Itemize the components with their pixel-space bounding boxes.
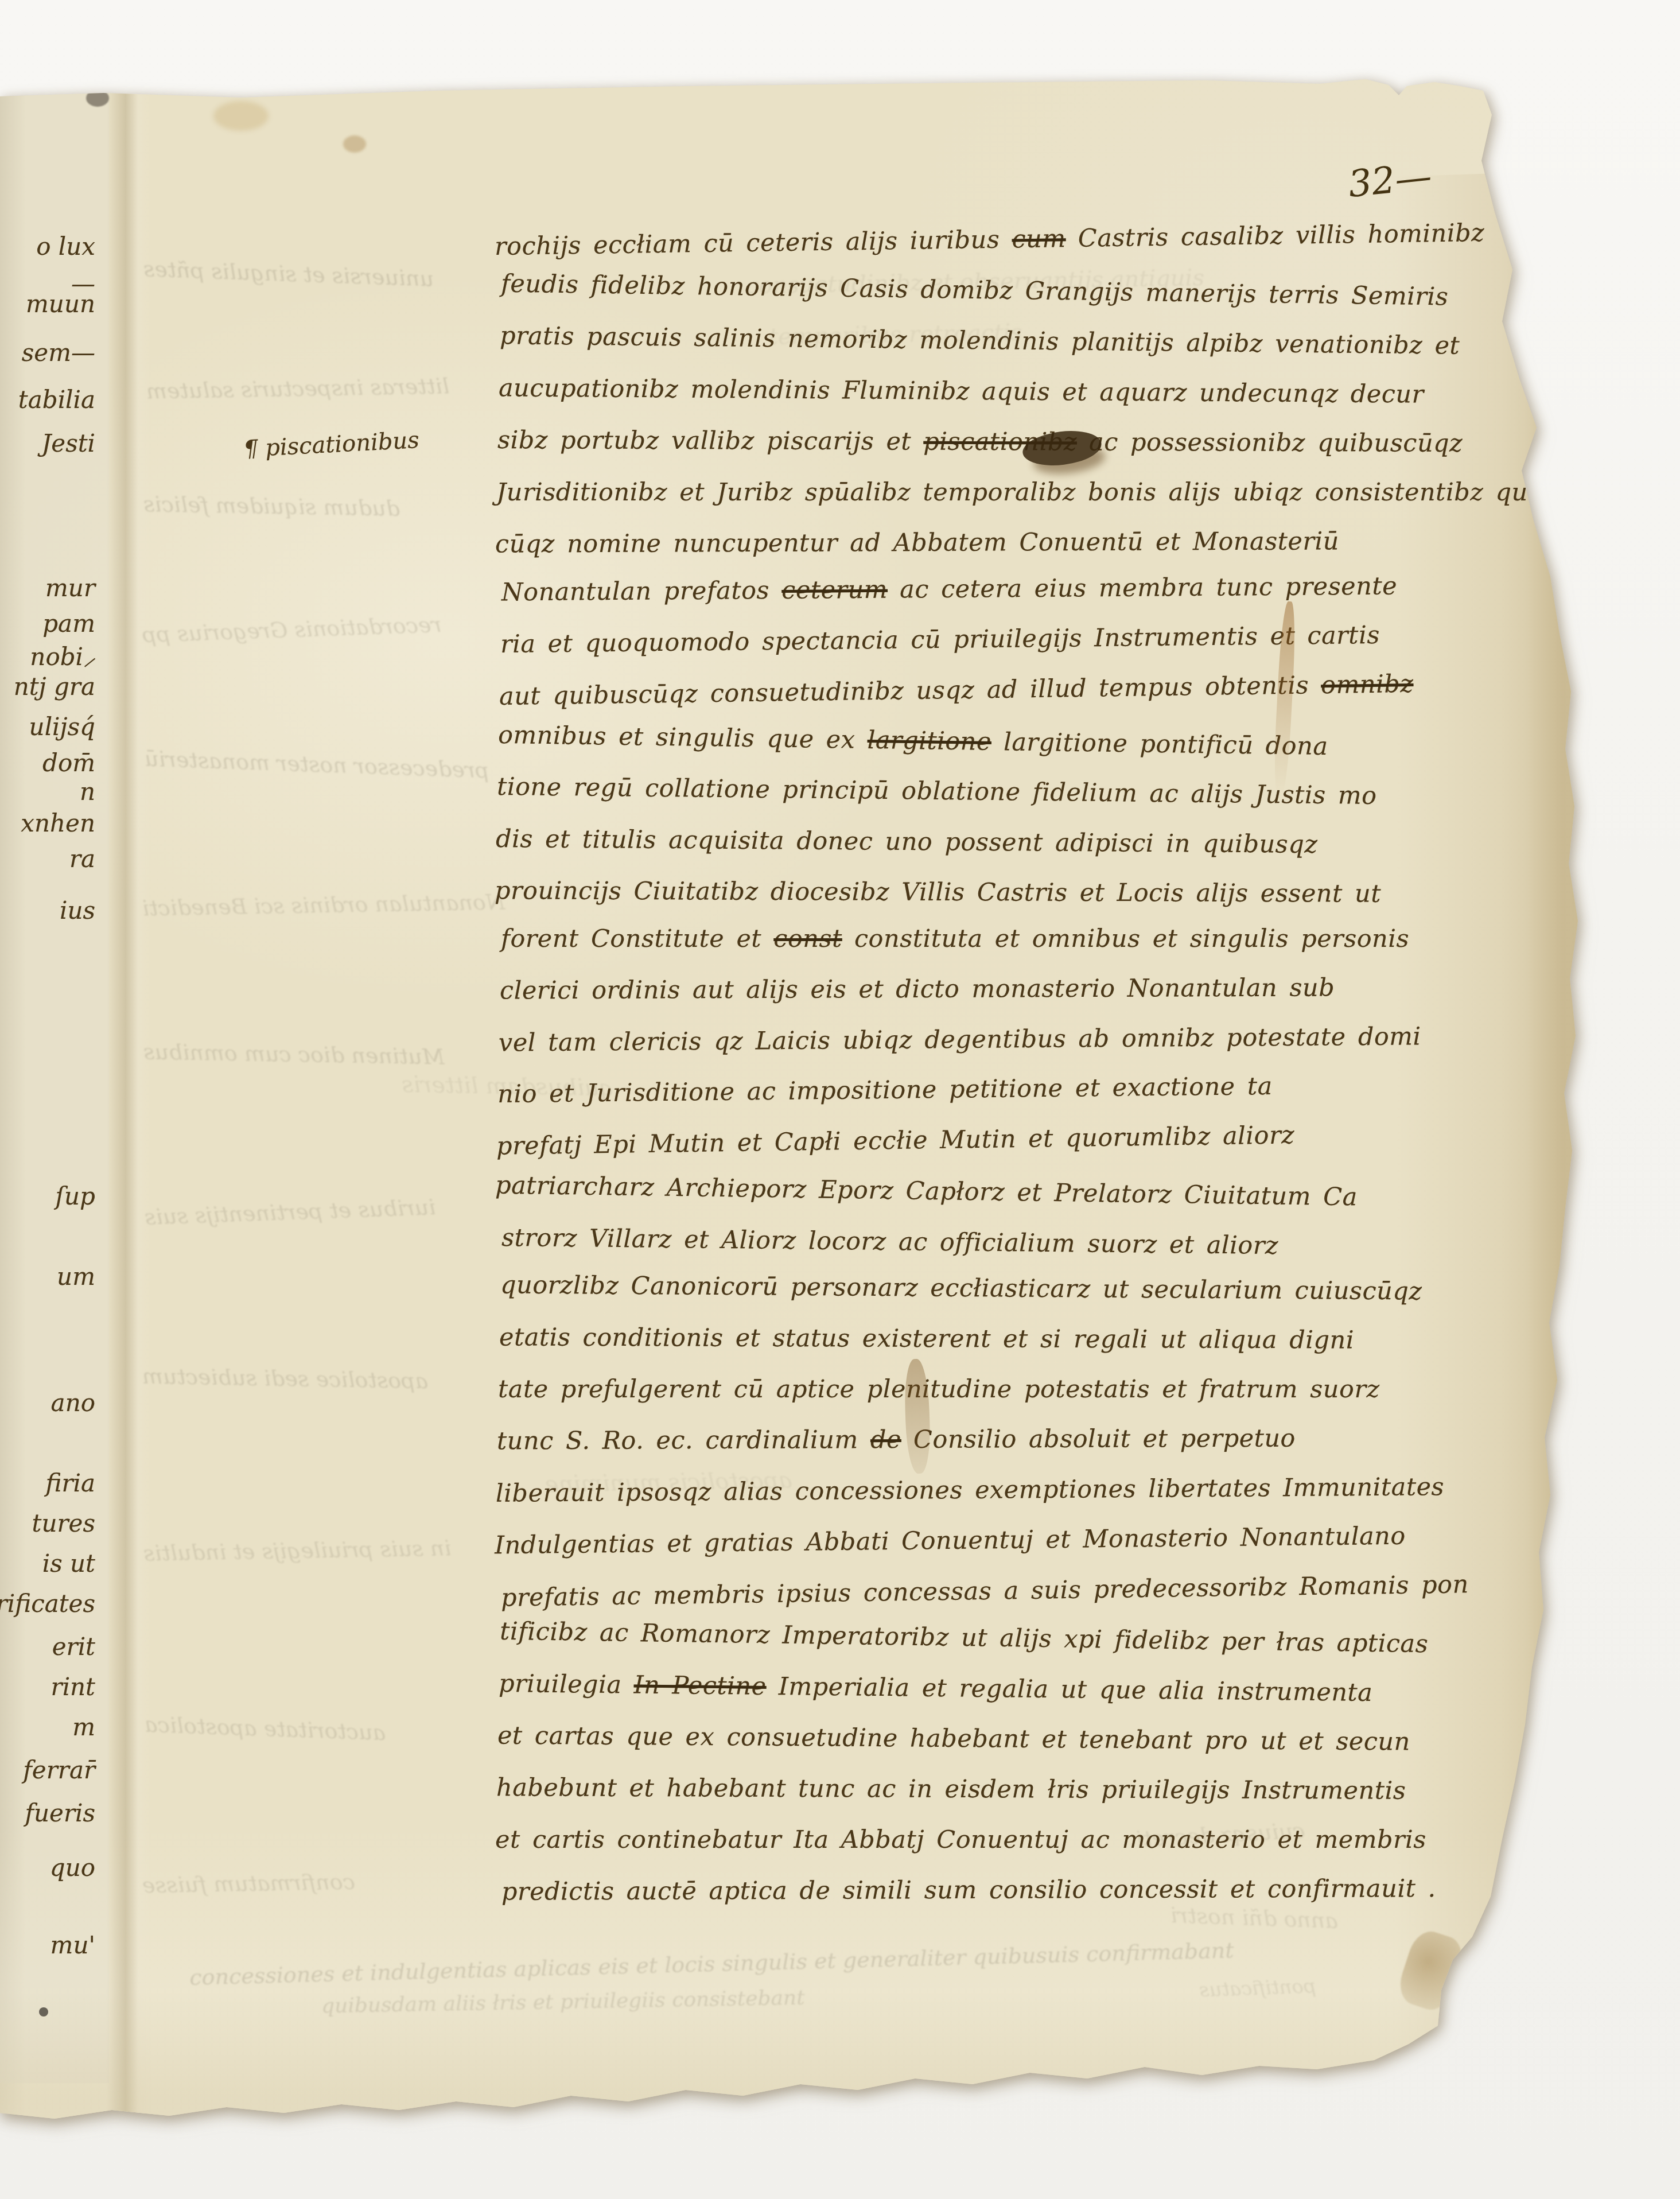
- manuscript-line: priuilegia In Pectine Imperialia et rega…: [499, 1669, 1373, 1707]
- facing-page-fragment: erit: [52, 1633, 95, 1661]
- manuscript-line: Indulgentias et gratias Abbati Conuentuj…: [495, 1522, 1406, 1560]
- showthrough-line: Mutinen dioc cum omnibus: [143, 1039, 445, 1069]
- manuscript-line: Nonantulan prefatos ceterum ac cetera ei…: [501, 572, 1397, 607]
- manuscript-line: prouincijs Ciuitatibz diocesibz Villis C…: [495, 876, 1381, 908]
- facing-page-fragments: o lux—muunsem—tabiliaJestimurpamnobi⸝ntj…: [0, 0, 102, 2123]
- manuscript-line: tione regū collatione principū oblatione…: [497, 772, 1377, 810]
- facing-page-fragment: tabilia: [18, 386, 95, 414]
- struck-word: ceterum: [781, 576, 888, 605]
- bottom-edge-shading: [0, 1991, 1589, 2123]
- facing-page-fragment: um: [57, 1262, 95, 1291]
- facing-page-fragment: nobi⸝: [30, 640, 95, 673]
- facing-page-fragment: pam: [42, 609, 95, 638]
- manuscript-line: et cartas que ex consuetudine habebant e…: [497, 1721, 1410, 1756]
- showthrough-line: pontificatus: [1199, 1975, 1316, 2002]
- showthrough-line: litteras inspecturis salutem: [146, 373, 450, 403]
- scanner-bed: uniuersis et singulis pñteslitteras insp…: [0, 0, 1680, 2199]
- facing-page-fragment: xnhen: [21, 809, 95, 837]
- margin-note-mark: ¶: [243, 436, 259, 463]
- facing-page-fragment: is ut: [42, 1549, 95, 1578]
- showthrough-line: recordationis Gregorius pp: [142, 612, 442, 647]
- manuscript-line: predictis auctē aptica de simili sum con…: [501, 1874, 1436, 1906]
- page-number-flourish: —: [1393, 156, 1430, 201]
- struck-word: omnibz: [1321, 670, 1414, 700]
- dark-speck-top: [86, 90, 109, 107]
- manuscript-line: habebunt et habebant tunc ac in eisdem ł…: [496, 1773, 1406, 1805]
- manuscript-line: rochijs eccłiam cū ceteris alijs iuribus…: [495, 219, 1485, 261]
- struck-word: de: [870, 1425, 901, 1454]
- manuscript-line: omnibus et singulis que ex largitione la…: [498, 721, 1328, 761]
- manuscript-line: prefatj Epi Mutin et Capłi eccłie Mutin …: [496, 1121, 1295, 1160]
- manuscript-line: tate prefulgerent cū aptice plenitudine …: [498, 1375, 1380, 1404]
- manuscript-line: forent Constitute et const constituta et…: [501, 924, 1409, 953]
- manuscript-line: tunc S. Ro. ec. cardinalium de Consilio …: [497, 1424, 1296, 1456]
- facing-page-fragment: mur: [45, 574, 95, 602]
- showthrough-line: iuribus et pertinentijs suis: [144, 1194, 436, 1230]
- manuscript-line: clerici ordinis aut alijs eis et dicto m…: [500, 973, 1335, 1005]
- manuscript-line: ria et quoquomodo spectancia cū priuileg…: [500, 621, 1380, 659]
- manuscript-line: pratis pascuis salinis nemoribz molendin…: [500, 321, 1460, 360]
- page-number-value: 32: [1347, 159, 1398, 206]
- margin-note: ¶ piscationibus: [243, 427, 420, 463]
- margin-note-text: piscationibus: [265, 427, 420, 461]
- facing-page-fragment: sem—: [22, 339, 95, 367]
- facing-page-fragment: muun: [26, 290, 95, 318]
- facing-page-fragment: quo: [50, 1854, 95, 1882]
- showthrough-line: in suis priuilegijs et indultis: [143, 1535, 452, 1565]
- struck-word: const: [773, 924, 842, 953]
- showthrough-line: anno dñi nostri: [1170, 1902, 1338, 1933]
- facing-page-fragment: mu': [50, 1931, 95, 1959]
- facing-page-fragment: firia: [45, 1469, 95, 1497]
- struck-word: largitione: [867, 726, 991, 756]
- manuscript-line: strorz Villarz et Aliorz locorz ac offic…: [501, 1223, 1279, 1260]
- foxing-stain: [213, 101, 269, 131]
- manuscript-line: dis et titulis acquisita donec uno posse…: [496, 825, 1318, 859]
- foxing-spot: [343, 135, 366, 153]
- facing-page-fragment: fueris: [25, 1799, 95, 1827]
- showthrough-line: auctoritate apostolica: [144, 1712, 386, 1746]
- facing-page-fragment: tures: [32, 1509, 95, 1537]
- facing-page-fragment: ano: [51, 1389, 95, 1417]
- facing-page-fragment: rificates: [0, 1590, 95, 1618]
- manuscript-line: liberauit ipsosqz alias concessiones exe…: [496, 1473, 1444, 1508]
- facing-page-fragment: m: [72, 1713, 95, 1741]
- facing-page-fragment: dom̄: [42, 749, 95, 777]
- manuscript-line: vel tam clericis qz Laicis ubiqz degenti…: [499, 1022, 1421, 1057]
- gutter-fold-shadow: [107, 86, 151, 2118]
- dark-speck-bottom: [39, 2007, 48, 2017]
- manuscript-line: et cartis continebatur Ita Abbatj Conuen…: [495, 1825, 1426, 1854]
- page-number: 32—: [1347, 156, 1430, 206]
- paper-wrapper: uniuersis et singulis pñteslitteras insp…: [0, 0, 1680, 2199]
- facing-page-fragment: ntj gra: [14, 673, 95, 701]
- facing-page-fragment: ulijsq́: [29, 713, 95, 741]
- facing-page-fragment: ra: [69, 845, 95, 873]
- manuscript-page: uniuersis et singulis pñteslitteras insp…: [0, 0, 1589, 2123]
- showthrough-line: uniuersis et singulis pñtes: [143, 256, 434, 292]
- showthrough-line: predecessor noster monasteriū: [144, 746, 489, 783]
- manuscript-line: aucupationibz molendinis Fluminibz aquis…: [499, 374, 1424, 409]
- showthrough-line: dudum siquidem felicis: [143, 491, 400, 521]
- manuscript-line: prefatis ac membris ipsius concessas a s…: [501, 1570, 1469, 1613]
- facing-page-fragment: o lux: [36, 232, 95, 261]
- facing-page-fragment: ſup: [56, 1182, 95, 1210]
- manuscript-line: etatis conditionis et status existerent …: [499, 1323, 1354, 1354]
- manuscript-line: tificibz ac Romanorz Imperatoribz ut ali…: [500, 1617, 1429, 1659]
- facing-page-fragment: ferrar̄: [23, 1756, 95, 1784]
- manuscript-line: cūqz nomine nuncupentur ad Abbatem Conue…: [495, 527, 1339, 558]
- showthrough-line: apostolice sedi subiectum: [142, 1363, 429, 1394]
- facing-page-fragment: n: [80, 778, 95, 806]
- manuscript-line: Jurisditionibz et Juribz spūalibz tempor…: [496, 478, 1543, 507]
- document-scan: { "document": { "kind": "handwritten man…: [0, 0, 1680, 2199]
- manuscript-line: quorzlibz Canonicorū personarz eccłiasti…: [500, 1271, 1422, 1306]
- struck-word: cum: [1012, 224, 1066, 254]
- facing-page-fragment: Jesti: [41, 429, 95, 457]
- facing-page-fragment: rint: [51, 1673, 95, 1701]
- manuscript-line: patriarcharz Archieporz Eporz Capłorz et…: [495, 1171, 1358, 1212]
- deckled-edge-shading: [1394, 80, 1589, 2066]
- struck-word: In Pectine: [633, 1670, 767, 1700]
- showthrough-line: confirmatum fuisse: [142, 1869, 356, 1898]
- manuscript-line: sibz portubz vallibz piscarijs et piscat…: [497, 426, 1463, 458]
- showthrough-line: concessiones et indulgentias aplicas eis…: [189, 1937, 1234, 1990]
- showthrough-line: Nonantulan ordinis sci Benedicti: [142, 889, 505, 920]
- facing-page-fragment: ius: [60, 896, 95, 924]
- manuscript-line: feudis fidelibz honorarijs Casis domibz …: [501, 269, 1449, 311]
